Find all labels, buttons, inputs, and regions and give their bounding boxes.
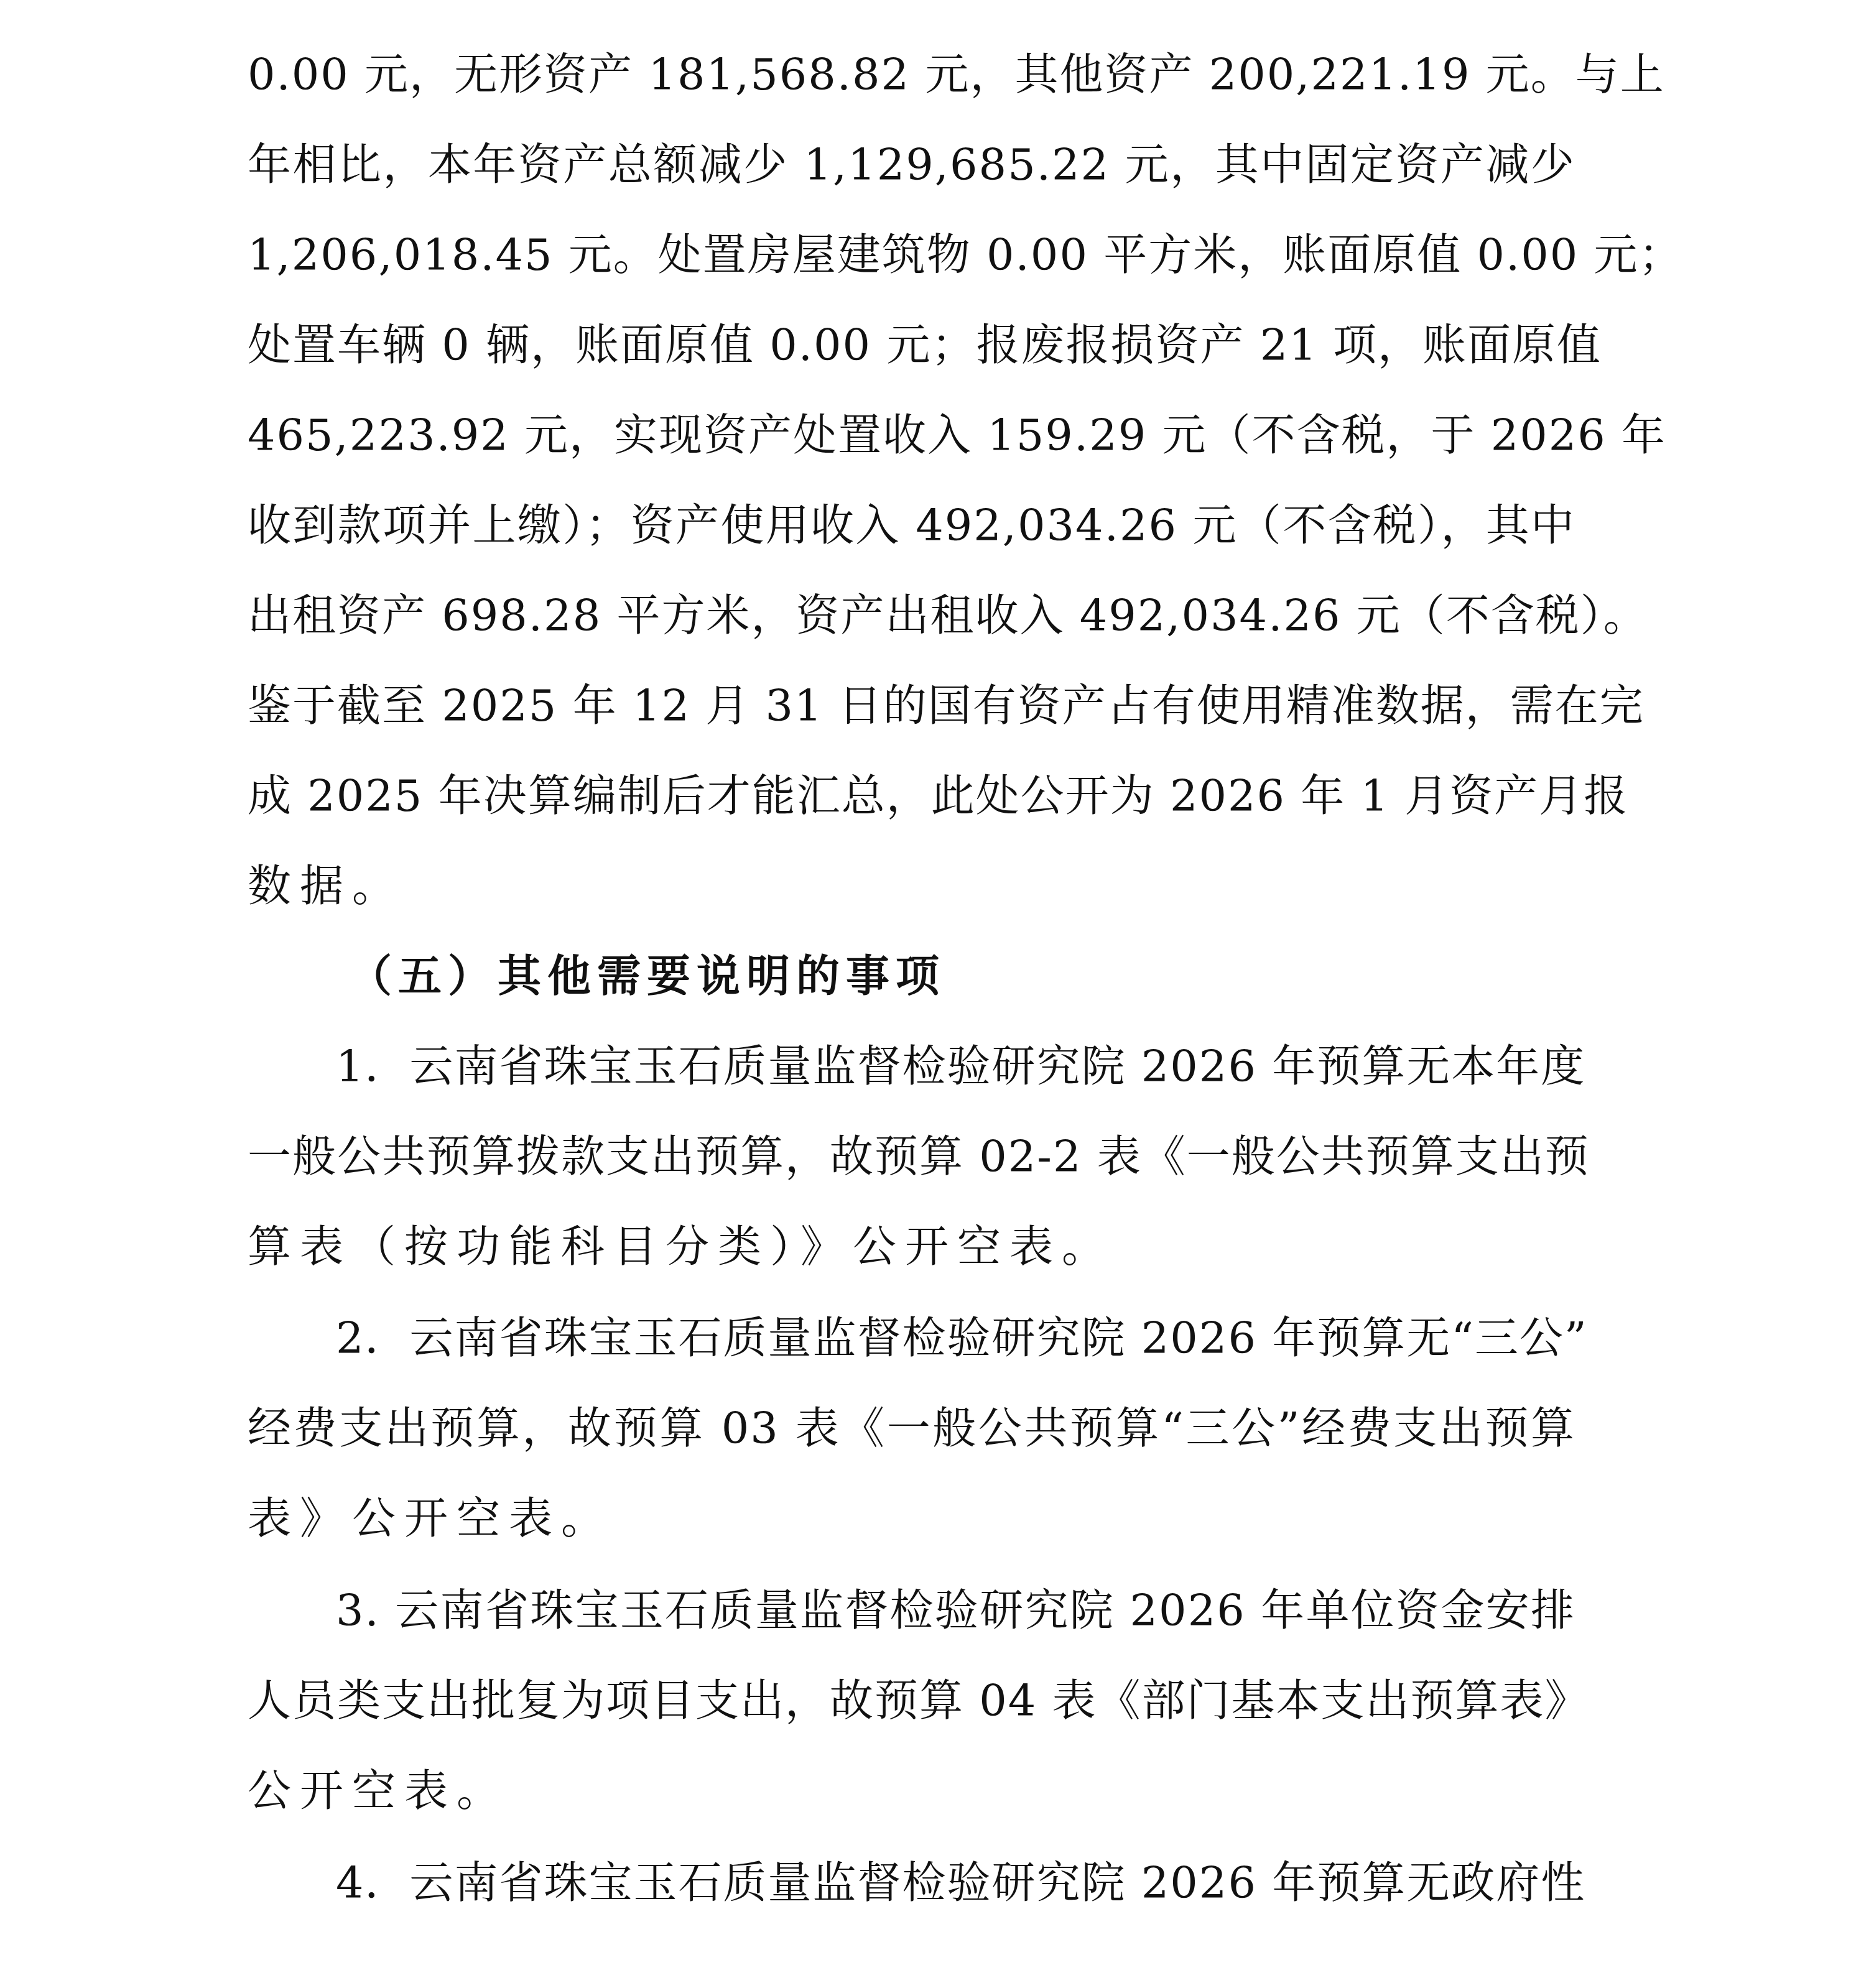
item-1-line-1: 1．云南省珠宝玉石质量监督检验研究院 2026 年预算无本年度 xyxy=(336,1035,1575,1098)
asset-paragraph-line-10: 数据。 xyxy=(248,855,1575,917)
asset-paragraph-line-3: 1,206,018.45 元。处置房屋建筑物 0.00 平方米，账面原值 0.0… xyxy=(248,224,1575,286)
asset-paragraph-line-1: 0.00 元，无形资产 181,568.82 元，其他资产 200,221.19… xyxy=(248,44,1575,106)
section-heading: （五）其他需要说明的事项 xyxy=(348,945,945,1007)
item-1-line-2: 一般公共预算拨款支出预算，故预算 02-2 表《一般公共预算支出预 xyxy=(248,1126,1575,1188)
item-3-line-3: 公开空表。 xyxy=(248,1760,1575,1822)
asset-paragraph-line-5: 465,223.92 元，实现资产处置收入 159.29 元（不含税，于 202… xyxy=(248,404,1575,466)
item-3-line-2: 人员类支出批复为项目支出，故预算 04 表《部门基本支出预算表》 xyxy=(248,1670,1575,1732)
item-4-line-1: 4．云南省珠宝玉石质量监督检验研究院 2026 年预算无政府性 xyxy=(336,1852,1575,1914)
asset-paragraph-line-6: 收到款项并上缴）；资产使用收入 492,034.26 元（不含税），其中 xyxy=(248,494,1575,557)
item-2-line-3: 表》公开空表。 xyxy=(248,1487,1575,1550)
item-3-line-1: 3. 云南省珠宝玉石质量监督检验研究院 2026 年单位资金安排 xyxy=(336,1579,1575,1642)
asset-paragraph-line-2: 年相比，本年资产总额减少 1,129,685.22 元，其中固定资产减少 xyxy=(248,134,1575,196)
asset-paragraph-line-7: 出租资产 698.28 平方米，资产出租收入 492,034.26 元（不含税）… xyxy=(248,585,1575,647)
item-2-line-1: 2．云南省珠宝玉石质量监督检验研究院 2026 年预算无“三公” xyxy=(336,1307,1575,1369)
item-1-line-3: 算表（按功能科目分类）》公开空表。 xyxy=(248,1216,1575,1278)
asset-paragraph-line-8: 鉴于截至 2025 年 12 月 31 日的国有资产占有使用精准数据，需在完 xyxy=(248,675,1575,737)
asset-paragraph-line-9: 成 2025 年决算编制后才能汇总，此处公开为 2026 年 1 月资产月报 xyxy=(248,765,1575,827)
asset-paragraph-line-4: 处置车辆 0 辆，账面原值 0.00 元；报废报损资产 21 项，账面原值 xyxy=(248,314,1575,376)
item-2-line-2: 经费支出预算，故预算 03 表《一般公共预算“三公”经费支出预算 xyxy=(248,1397,1575,1459)
document-page: 0.00 元，无形资产 181,568.82 元，其他资产 200,221.19… xyxy=(0,0,1851,1988)
